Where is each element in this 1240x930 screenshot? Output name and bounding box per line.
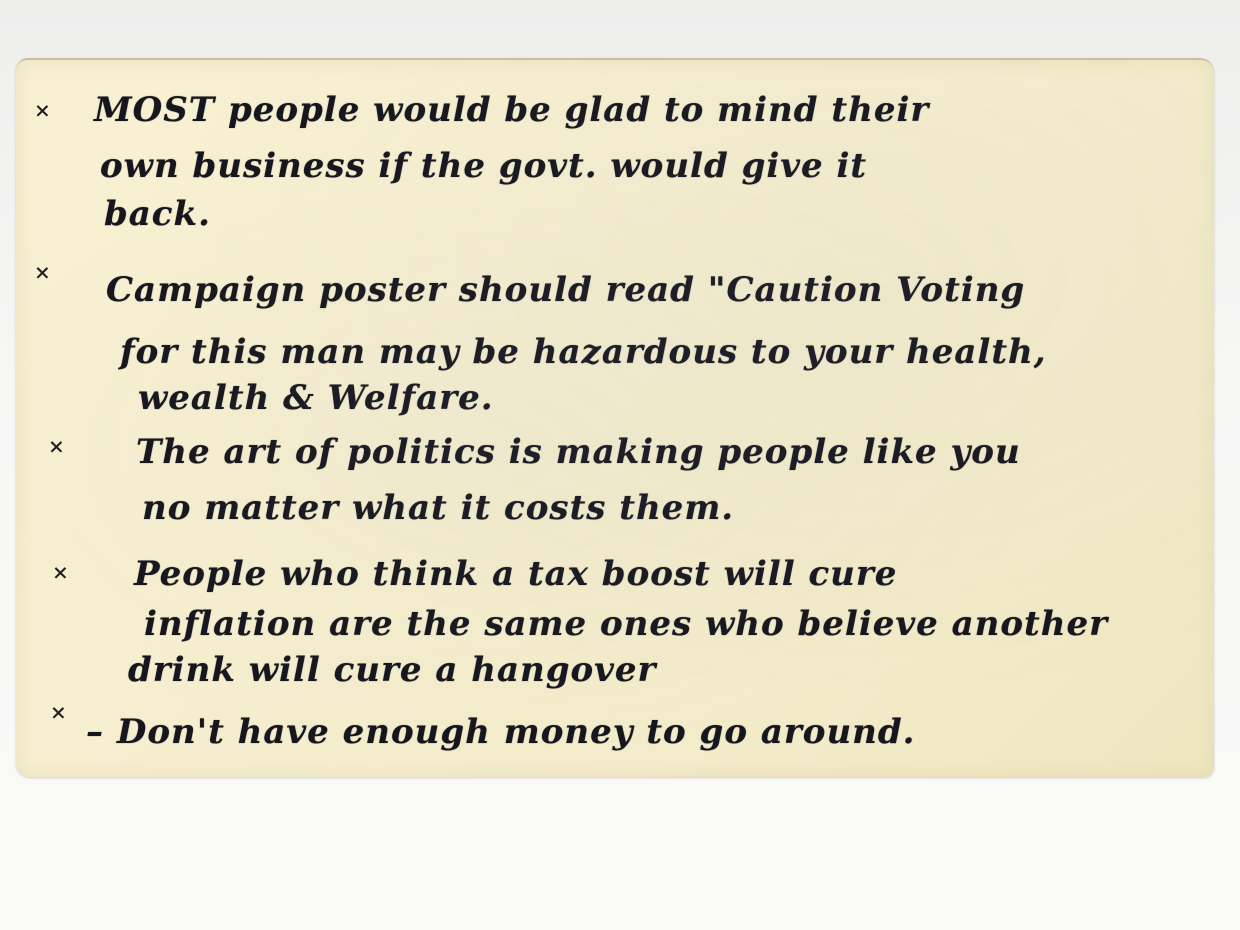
note-line: for this man may be hazardous to your he… xyxy=(120,332,1047,372)
note-line: wealth & Welfare. xyxy=(138,378,494,418)
note-line: drink will cure a hangover xyxy=(128,650,656,690)
note-bullet: × xyxy=(50,700,67,724)
note-line: – Don't have enough money to go around. xyxy=(86,712,916,752)
note-bullet: × xyxy=(52,560,69,584)
note-bullet: × xyxy=(34,98,51,122)
note-line: no matter what it costs them. xyxy=(142,488,734,528)
note-line: own business if the govt. would give it xyxy=(100,146,867,186)
scanned-page: × MOST people would be glad to mind thei… xyxy=(0,0,1240,930)
note-bullet: × xyxy=(34,260,51,284)
note-line: inflation are the same ones who believe … xyxy=(144,604,1108,644)
note-line: The art of politics is making people lik… xyxy=(136,432,1021,472)
note-line: back. xyxy=(104,194,211,234)
note-line: MOST people would be glad to mind their xyxy=(94,90,929,130)
note-line: Campaign poster should read "Caution Vot… xyxy=(106,270,1025,310)
note-line: People who think a tax boost will cure xyxy=(134,554,897,594)
index-card: × MOST people would be glad to mind thei… xyxy=(16,58,1214,777)
note-bullet: × xyxy=(48,434,65,458)
